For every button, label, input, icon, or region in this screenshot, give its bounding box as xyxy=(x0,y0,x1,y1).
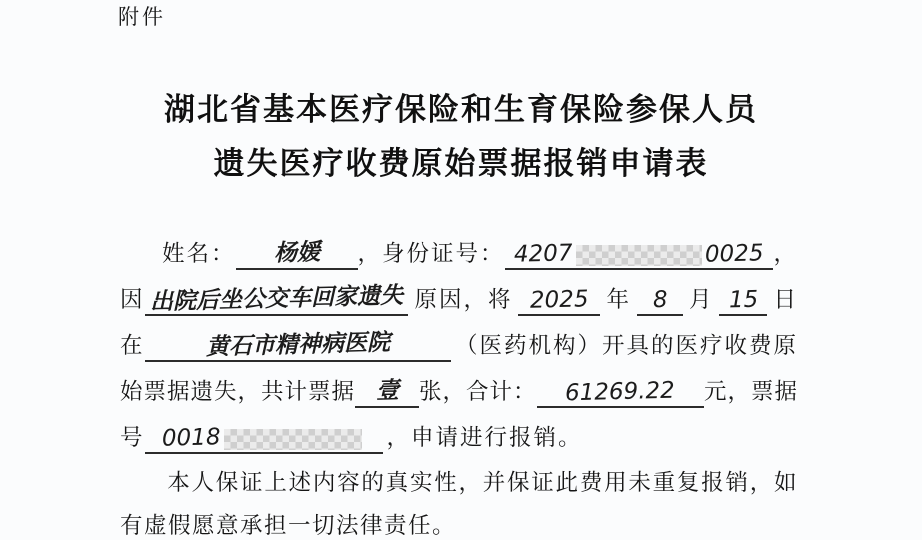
scanned-application-form: 附件 湖北省基本医疗保险和生育保险参保人员 遗失医疗收费原始票据报销申请表 姓名… xyxy=(0,0,922,540)
day-value: 15 xyxy=(728,287,758,315)
id-number-blank: 4207 0025 xyxy=(505,230,774,270)
reason-blank: 出院后坐公交车回家遗失 xyxy=(145,276,409,316)
reason-label-suffix: 原因，将 xyxy=(414,282,512,316)
declaration-paragraph: 本人保证上述内容的真实性，并保证此费用未重复报销，如有虚假愿意承担一切法律责任。 xyxy=(120,461,798,540)
month-value: 8 xyxy=(652,287,667,314)
tickets-label-mid: 张，合计： xyxy=(419,374,537,408)
name-label: 姓名： xyxy=(162,236,236,270)
ticket-count-blank: 壹 xyxy=(355,368,419,408)
institution-label-prefix: 在 xyxy=(120,328,145,362)
line-tickets-amount: 始票据遗失，共计票据 壹 张，合计： 61269.22 元，票据 xyxy=(120,362,798,408)
ticket-number-blank: 0018 xyxy=(145,414,383,454)
form-title: 湖北省基本医疗保险和生育保险参保人员 遗失医疗收费原始票据报销申请表 xyxy=(0,83,922,191)
month-unit-label: 月 xyxy=(689,282,714,316)
line-identity: 姓名： 杨媛 ，身份证号： 4207 0025 ， xyxy=(120,224,798,270)
ticket-redaction-mosaic xyxy=(224,429,362,450)
amount-blank: 61269.22 xyxy=(537,368,704,408)
attachment-label: 附件 xyxy=(118,1,166,31)
form-title-line2: 遗失医疗收费原始票据报销申请表 xyxy=(0,137,922,191)
amount-value: 61269.22 xyxy=(565,378,675,408)
line-institution: 在 黄石市精神病医院 （医药机构）开具的医疗收费原 xyxy=(120,316,798,362)
line-reason-date: 因 出院后坐公交车回家遗失 原因，将 2025 年 8 月 15 日 xyxy=(120,270,798,316)
ticket-count-value: 壹 xyxy=(375,372,399,407)
year-unit-label: 年 xyxy=(606,282,631,316)
reason-value: 出院后坐公交车回家遗失 xyxy=(150,277,404,318)
form-title-line1: 湖北省基本医疗保险和生育保险参保人员 xyxy=(0,83,922,137)
institution-blank: 黄石市精神病医院 xyxy=(145,322,451,362)
year-value: 2025 xyxy=(530,286,589,315)
day-blank: 15 xyxy=(719,276,767,316)
reason-label-prefix: 因 xyxy=(120,282,145,316)
name-blank: 杨媛 xyxy=(236,230,358,270)
ticket-number-label-prefix: 号 xyxy=(120,420,145,454)
id-number-visible-suffix: 0025 xyxy=(705,240,764,269)
id-number-label: ，身份证号： xyxy=(358,236,505,270)
line1-trailing-comma: ， xyxy=(773,236,798,270)
id-redaction-mosaic xyxy=(576,245,702,266)
year-blank: 2025 xyxy=(518,276,600,316)
ticket-number-label-suffix: ，申请进行报销。 xyxy=(387,420,583,454)
line-ticket-number: 号 0018 ，申请进行报销。 xyxy=(120,408,798,454)
institution-label-suffix: （医药机构）开具的医疗收费原 xyxy=(455,328,798,362)
month-blank: 8 xyxy=(637,276,683,316)
ticket-number-visible-prefix: 0018 xyxy=(162,424,221,453)
institution-value: 黄石市精神病医院 xyxy=(205,324,390,363)
id-number-visible-prefix: 4207 xyxy=(514,240,573,269)
name-value: 杨媛 xyxy=(273,233,320,268)
tickets-label-prefix: 始票据遗失，共计票据 xyxy=(120,374,355,408)
day-unit-label: 日 xyxy=(773,282,798,316)
form-body: 姓名： 杨媛 ，身份证号： 4207 0025 ， 因 出院后坐公交车回家遗失 … xyxy=(120,224,798,540)
tickets-label-suffix: 元，票据 xyxy=(704,374,798,408)
